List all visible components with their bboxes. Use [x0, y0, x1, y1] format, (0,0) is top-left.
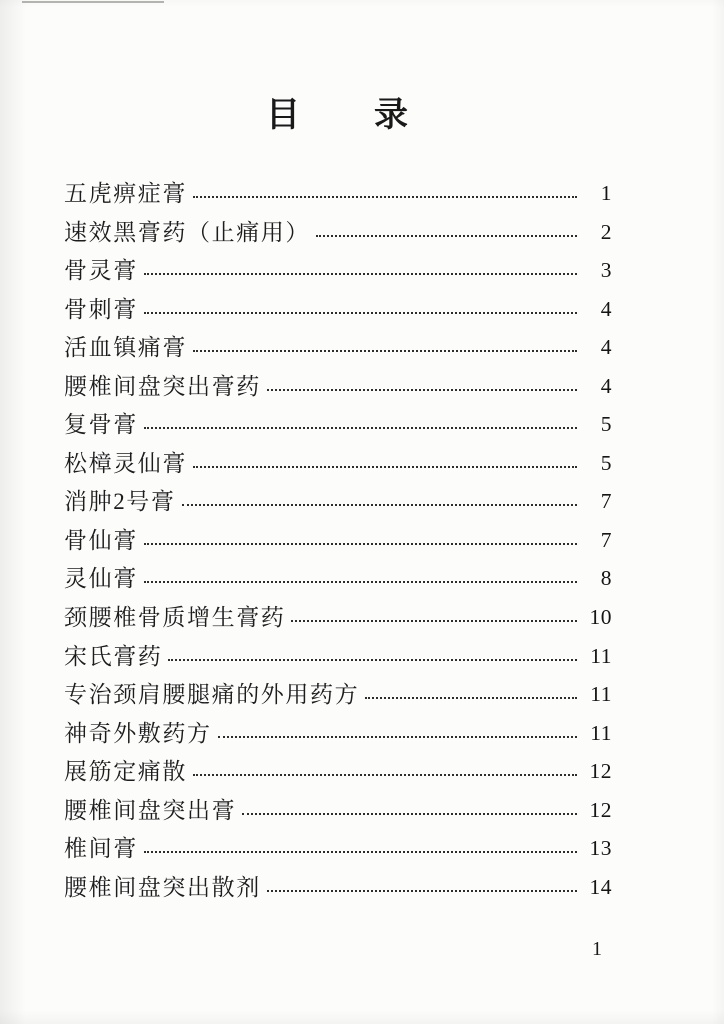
scanned-document-page: 目 录 五虎痹症膏 1 速效黑膏药（止痛用） 2 骨灵膏 3 骨刺膏 4 [0, 0, 724, 1024]
toc-entry-label: 腰椎间盘突出膏 [64, 797, 236, 824]
toc-entry: 骨仙膏 7 [64, 527, 612, 566]
dot-leader [144, 851, 577, 853]
toc-entry: 宋氏膏药 11 [64, 643, 612, 682]
toc-entry-label: 神奇外敷药方 [64, 720, 212, 747]
dot-leader [168, 659, 577, 661]
dot-leader [291, 620, 577, 622]
toc-entry-label: 颈腰椎骨质增生膏药 [64, 604, 285, 631]
toc-entry: 椎间膏 13 [64, 835, 612, 874]
toc-entry-label: 松樟灵仙膏 [64, 450, 187, 477]
dot-leader [144, 273, 577, 275]
toc-entry-page: 10 [582, 604, 612, 631]
toc-entry: 腰椎间盘突出膏 12 [64, 797, 612, 836]
toc-entry-page: 4 [582, 373, 612, 400]
dot-leader [144, 543, 577, 545]
toc-entry: 神奇外敷药方 11 [64, 720, 612, 759]
dot-leader [144, 312, 577, 314]
dot-leader [365, 697, 577, 699]
toc-entry: 骨灵膏 3 [64, 257, 612, 296]
toc-entry-page: 7 [582, 527, 612, 554]
toc-entry-label: 骨刺膏 [64, 296, 138, 323]
toc-entry-page: 5 [582, 411, 612, 438]
dot-leader [144, 581, 577, 583]
dot-leader [182, 504, 578, 506]
toc-entry: 速效黑膏药（止痛用） 2 [64, 219, 612, 258]
page-content: 目 录 五虎痹症膏 1 速效黑膏药（止痛用） 2 骨灵膏 3 骨刺膏 4 [64, 0, 612, 912]
toc-entry-page: 13 [582, 835, 612, 862]
toc-entry: 腰椎间盘突出散剂 14 [64, 874, 612, 913]
dot-leader [218, 736, 577, 738]
toc-entry-page: 11 [582, 643, 612, 670]
toc-entry-page: 11 [582, 720, 612, 747]
toc-entry-label: 骨仙膏 [64, 527, 138, 554]
toc-entry-page: 4 [582, 296, 612, 323]
toc-entry-label: 腰椎间盘突出膏药 [64, 373, 261, 400]
dot-leader [267, 389, 577, 391]
folio-page-number: 1 [592, 938, 602, 961]
toc-entry: 腰椎间盘突出膏药 4 [64, 373, 612, 412]
toc-entry-label: 五虎痹症膏 [64, 180, 187, 207]
dot-leader [193, 466, 577, 468]
toc-entry: 专治颈肩腰腿痛的外用药方 11 [64, 681, 612, 720]
toc-entry-page: 12 [582, 797, 612, 824]
page-title: 目 录 [64, 0, 612, 134]
dot-leader [193, 196, 577, 198]
dot-leader [193, 350, 577, 352]
toc-entry: 活血镇痛膏 4 [64, 334, 612, 373]
toc-entry: 复骨膏 5 [64, 411, 612, 450]
scan-edge-artifact [22, 1, 164, 3]
toc-entry: 消肿2号膏 7 [64, 488, 612, 527]
toc-entry-page: 14 [582, 874, 612, 901]
toc-entry-label: 椎间膏 [64, 835, 138, 862]
toc-entry-page: 1 [582, 180, 612, 207]
toc-entry-label: 消肿2号膏 [64, 488, 176, 515]
toc-entry-label: 复骨膏 [64, 411, 138, 438]
toc-entry-page: 4 [582, 334, 612, 361]
toc-entry: 颈腰椎骨质增生膏药 10 [64, 604, 612, 643]
toc-entry-label: 宋氏膏药 [64, 643, 162, 670]
toc-entry-label: 专治颈肩腰腿痛的外用药方 [64, 681, 359, 708]
toc-entry-page: 5 [582, 450, 612, 477]
toc-entry: 松樟灵仙膏 5 [64, 450, 612, 489]
toc-entry-page: 7 [582, 488, 612, 515]
dot-leader [267, 890, 577, 892]
toc-entry-page: 8 [582, 565, 612, 592]
toc-entry-label: 活血镇痛膏 [64, 334, 187, 361]
table-of-contents: 五虎痹症膏 1 速效黑膏药（止痛用） 2 骨灵膏 3 骨刺膏 4 活血镇痛膏 [64, 180, 612, 912]
toc-entry: 五虎痹症膏 1 [64, 180, 612, 219]
dot-leader [193, 774, 577, 776]
toc-entry: 骨刺膏 4 [64, 296, 612, 335]
toc-entry-label: 骨灵膏 [64, 257, 138, 284]
toc-entry-label: 展筋定痛散 [64, 758, 187, 785]
toc-entry-page: 3 [582, 257, 612, 284]
toc-entry-label: 速效黑膏药（止痛用） [64, 219, 310, 246]
dot-leader [242, 813, 577, 815]
toc-entry: 灵仙膏 8 [64, 565, 612, 604]
toc-entry-page: 11 [582, 681, 612, 708]
toc-entry: 展筋定痛散 12 [64, 758, 612, 797]
dot-leader [316, 235, 577, 237]
toc-entry-page: 12 [582, 758, 612, 785]
dot-leader [144, 427, 577, 429]
toc-entry-label: 灵仙膏 [64, 565, 138, 592]
toc-entry-page: 2 [582, 219, 612, 246]
toc-entry-label: 腰椎间盘突出散剂 [64, 874, 261, 901]
